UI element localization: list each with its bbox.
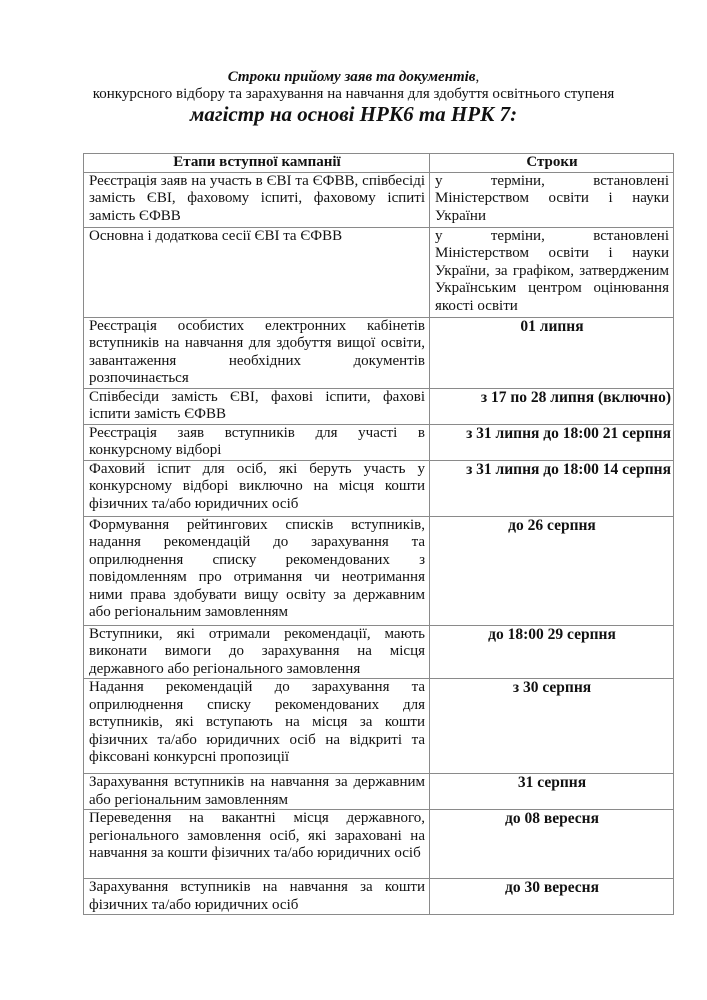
term-cell: у терміни, встановлені Міністерством осв… (430, 227, 674, 317)
table-row: Надання рекомендацій до зарахування та о… (84, 679, 674, 774)
stage-cell: Переведення на вакантні місця державного… (84, 810, 430, 879)
term-cell: з 30 серпня (430, 679, 674, 774)
column-header-terms: Строки (430, 154, 674, 173)
title-emphasis: Строки прийому заяв та документів (228, 69, 476, 85)
table-row: Зарахування вступників на навчання за де… (84, 774, 674, 810)
table-row: Фаховий іспит для осіб, які беруть участ… (84, 460, 674, 516)
admission-schedule-table: Етапи вступної кампанії Строки Реєстраці… (83, 153, 674, 915)
term-cell: до 26 серпня (430, 516, 674, 625)
term-cell: до 08 вересня (430, 810, 674, 879)
term-cell: з 31 липня до 18:00 14 серпня (430, 460, 674, 516)
stage-cell: Основна і додаткова сесії ЄВІ та ЄФВВ (84, 227, 430, 317)
table-header-row: Етапи вступної кампанії Строки (84, 154, 674, 173)
table-row: Вступники, які отримали рекомендації, ма… (84, 625, 674, 679)
document-title-line-2: конкурсного відбору та зарахування на на… (0, 86, 707, 103)
table-row: Реєстрація особистих електронних кабінет… (84, 317, 674, 388)
table-row: Переведення на вакантні місця державного… (84, 810, 674, 879)
term-cell: з 17 по 28 липня (включно) (430, 388, 674, 424)
term-cell: у терміни, встановлені Міністерством осв… (430, 172, 674, 227)
stage-cell: Реєстрація заяв вступників для участі в … (84, 424, 430, 460)
stage-cell: Зарахування вступників на навчання за ко… (84, 879, 430, 915)
term-cell: з 31 липня до 18:00 21 серпня (430, 424, 674, 460)
stage-cell: Співбесіди замість ЄВІ, фахові іспити, ф… (84, 388, 430, 424)
stage-cell: Вступники, які отримали рекомендації, ма… (84, 625, 430, 679)
stage-cell: Реєстрація заяв на участь в ЄВІ та ЄФВВ,… (84, 172, 430, 227)
title-comma: , (476, 69, 480, 85)
stage-cell: Формування рейтингових списків вступникі… (84, 516, 430, 625)
term-cell: 01 липня (430, 317, 674, 388)
table-row: Основна і додаткова сесії ЄВІ та ЄФВВу т… (84, 227, 674, 317)
term-cell: до 18:00 29 серпня (430, 625, 674, 679)
table-row: Реєстрація заяв вступників для участі в … (84, 424, 674, 460)
table-row: Зарахування вступників на навчання за ко… (84, 879, 674, 915)
table-row: Співбесіди замість ЄВІ, фахові іспити, ф… (84, 388, 674, 424)
stage-cell: Зарахування вступників на навчання за де… (84, 774, 430, 810)
stage-cell: Надання рекомендацій до зарахування та о… (84, 679, 430, 774)
column-header-stages: Етапи вступної кампанії (84, 154, 430, 173)
term-cell: 31 серпня (430, 774, 674, 810)
document-title-line-3: магістр на основі НРК6 та НРК 7: (0, 102, 707, 126)
table-row: Формування рейтингових списків вступникі… (84, 516, 674, 625)
table-row: Реєстрація заяв на участь в ЄВІ та ЄФВВ,… (84, 172, 674, 227)
stage-cell: Фаховий іспит для осіб, які беруть участ… (84, 460, 430, 516)
stage-cell: Реєстрація особистих електронних кабінет… (84, 317, 430, 388)
term-cell: до 30 вересня (430, 879, 674, 915)
document-title-line-1: Строки прийому заяв та документів, (0, 69, 707, 86)
